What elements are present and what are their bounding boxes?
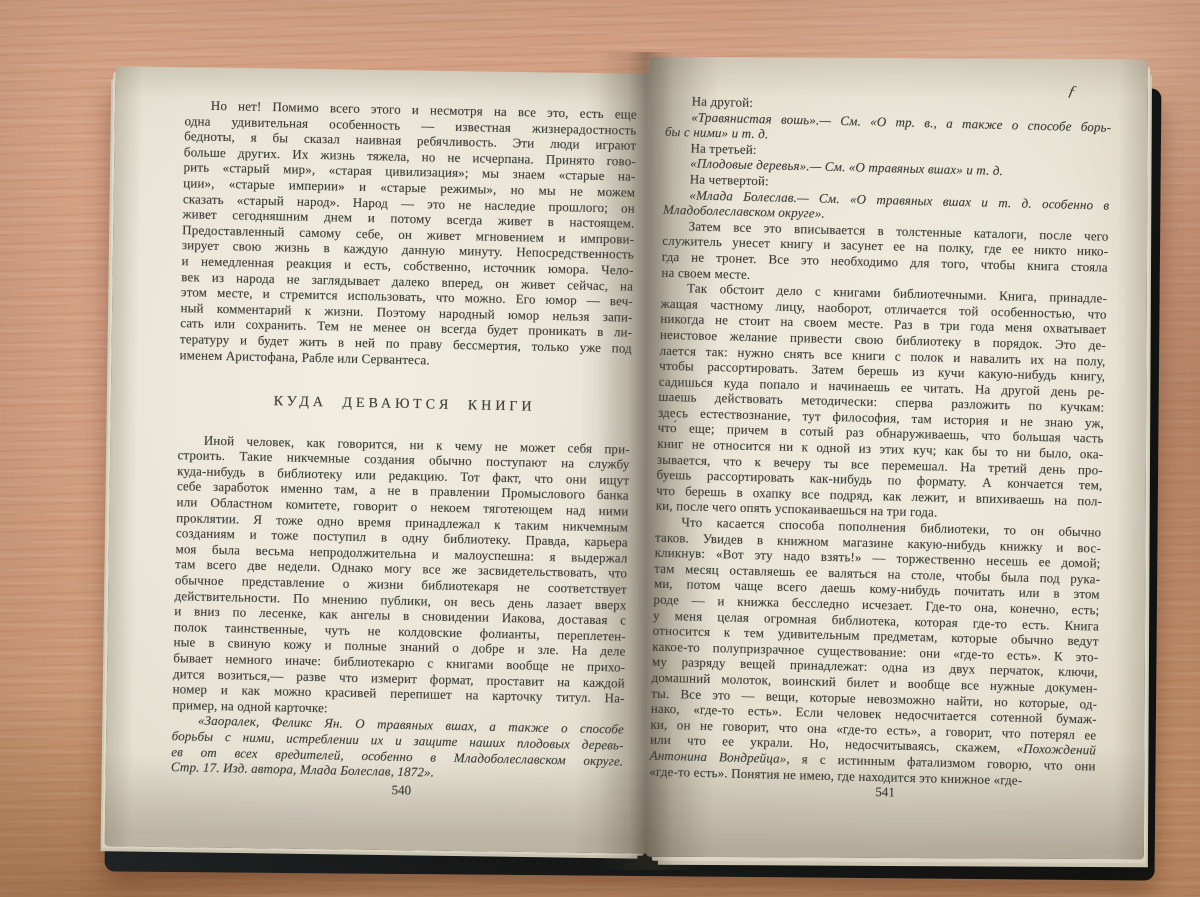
ink-mark: ƒ xyxy=(1066,82,1078,101)
text-run: «Похождений xyxy=(1016,741,1096,758)
paragraph: Что касается способа пополнения библиоте… xyxy=(649,514,1101,790)
right-page-text: На другой:«Травянистая вошь».— См. «О тр… xyxy=(649,93,1112,790)
paragraph: Так обстоит дело с книгами библиотечными… xyxy=(656,280,1108,525)
left-page-text: Но нет! Помимо всего этого и несмотря на… xyxy=(171,97,637,784)
text-line: КУДА ДЕВАЮТСЯ КНИГИ xyxy=(179,392,631,417)
paragraph: Затем все это вписывается в толстенные к… xyxy=(661,217,1108,290)
right-page: На другой:«Травянистая вошь».— См. «О тр… xyxy=(646,57,1148,860)
paragraph: На другой:«Травянистая вошь».— См. «О тр… xyxy=(663,93,1112,229)
book-gutter-shadow xyxy=(598,52,698,870)
paragraph: Но нет! Помимо всего этого и несмотря на… xyxy=(179,97,636,372)
section-heading: КУДА ДЕВАЮТСЯ КНИГИ xyxy=(179,392,631,417)
paragraph: Иной человек, как говорится, ни к чему н… xyxy=(172,432,630,722)
left-page: Но нет! Помимо всего этого и несмотря на… xyxy=(105,66,661,854)
photo-of-open-book: Но нет! Помимо всего этого и несмотря на… xyxy=(0,0,1200,897)
catalog-card-text: «Заоралек, Феликс Ян. О травяных вшах, а… xyxy=(171,712,624,784)
